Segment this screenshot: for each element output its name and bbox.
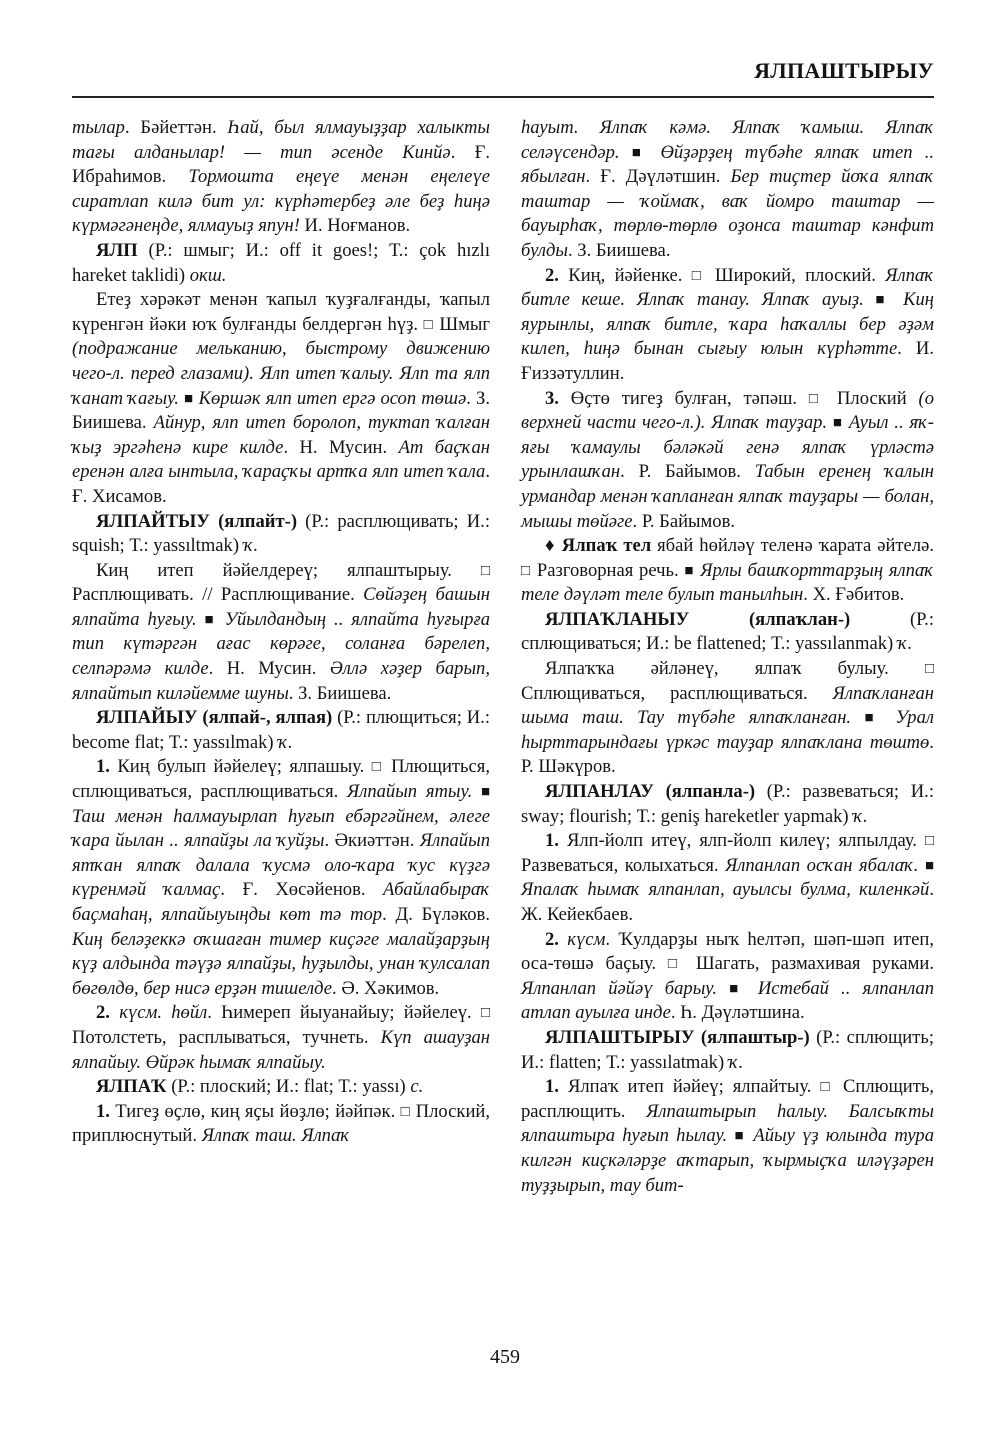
italic-text: ҡ.: [729, 1052, 743, 1073]
bold-text: ЯЛПАЙТЫУ (ялпайт-): [96, 511, 297, 532]
text: ♦: [545, 535, 562, 556]
text: Расплющивать. // Расплющивание.: [72, 584, 363, 605]
italic-text: ҡ.: [278, 732, 292, 753]
text: . Ғ. Дәүләтшин.: [585, 166, 730, 187]
italic-text: күсм. һөйл: [110, 1002, 207, 1023]
italic-text: с.: [410, 1076, 423, 1097]
filled-square-icon: ■: [875, 292, 891, 308]
open-square-icon: □: [424, 317, 434, 333]
open-square-icon: □: [521, 563, 531, 579]
italic-text: Көршәк ялп итеп ергә осоп төшә: [194, 388, 467, 409]
italic-text: Ялпаҡ таш. Ялпаҡ: [202, 1125, 350, 1146]
dictionary-sense: 1. Киң булып йәйелеү; ялпашыу. □ Плющить…: [72, 755, 490, 1001]
text: Шмыг: [434, 314, 490, 335]
filled-square-icon: ■: [734, 1128, 746, 1144]
open-square-icon: □: [481, 1005, 490, 1021]
text: . Р. Байымов.: [633, 511, 735, 532]
running-head: ЯЛПАШТЫРЫУ: [754, 58, 934, 84]
open-square-icon: □: [481, 563, 490, 579]
dictionary-entry-headword: ЯЛП (Р.: шмыг; И.: off it goes!; Т.: çok…: [72, 239, 490, 288]
bold-text: ЯЛПАШТЫРЫУ (ялпаштыр-): [545, 1027, 810, 1048]
text: . Х. Ғәбитов.: [803, 584, 904, 605]
open-square-icon: □: [692, 268, 706, 284]
dictionary-sense: 1. Тигеҙ өҫлө, киң яҫы йөҙлө; йәйпәк. □ …: [72, 1100, 490, 1149]
dictionary-sense: ♦ Ялпаҡ тел ябай һөйләү теленә ҡарата әй…: [521, 534, 934, 608]
bold-text: 1.: [545, 830, 559, 851]
italic-text: Ялпайып ятыу.: [347, 781, 481, 802]
filled-square-icon: ■: [833, 415, 843, 431]
filled-square-icon: ■: [481, 784, 490, 800]
italic-text: Ялпанлап йәйәү барыу.: [521, 978, 729, 999]
text: Ялпаҡ итеп йәйеү; ялпайтыу.: [559, 1076, 821, 1097]
text: . Р. Байымов.: [620, 461, 755, 482]
text: И. Ноғманов.: [300, 215, 410, 236]
text: . Әкиәттән.: [325, 830, 420, 851]
text: Тигеҙ өҫлө, киң яҫы йөҙлө; йәйпәк.: [110, 1101, 401, 1122]
filled-square-icon: ■: [864, 710, 882, 726]
italic-text: Ялпанлап осҡан ябалаҡ.: [725, 855, 925, 876]
bold-text: ЯЛПАҠ: [96, 1076, 167, 1097]
bold-text: 2.: [545, 929, 559, 950]
open-square-icon: □: [401, 1104, 411, 1120]
text: . Һ. Дәүләтшина.: [671, 1002, 805, 1023]
bold-text: 2.: [545, 265, 559, 286]
italic-text: күсм: [559, 929, 605, 950]
continued-text: һауыт. Ялпаҡ кәмә. Ялпаҡ ҡамыш. Ялпаҡ се…: [521, 116, 934, 264]
italic-text: ҡ.: [853, 806, 867, 827]
dictionary-sense: Ялпаҡҡа әйләнеү, ялпаҡ булыу. □ Сплющива…: [521, 657, 934, 780]
italic-text: ҡ.: [898, 633, 912, 654]
open-square-icon: □: [925, 833, 934, 849]
header-rule: [72, 96, 934, 98]
bold-text: 1.: [96, 1101, 110, 1122]
bold-text: Ялпаҡ тел: [562, 535, 651, 556]
text: Потолстеть, расплываться, тучнеть.: [72, 1027, 381, 1048]
bold-text: ЯЛПАҠЛАНЫУ (ялпаҡлан-): [545, 609, 850, 630]
dictionary-sense: 1. Ялпаҡ итеп йәйеү; ялпайтыу. □ Сплющит…: [521, 1075, 934, 1198]
bold-text: 3.: [545, 388, 559, 409]
text: ябай һөйләү теленә ҡарата әйтелә.: [651, 535, 934, 556]
text: . Ғ. Хөсәйенов.: [220, 879, 383, 900]
bold-text: 1.: [96, 756, 110, 777]
open-square-icon: □: [809, 391, 825, 407]
text: . Н. Мусин.: [283, 437, 398, 458]
text: . Н. Мусин.: [209, 658, 330, 679]
dictionary-sense: 1. Ялп-йолп итеү, ялп-йолп килеү; ялпылд…: [521, 829, 934, 927]
text: Киң итеп йәйелдереү; ялпаштырыу.: [96, 560, 481, 581]
text: Киң булып йәйелеү; ялпашыу.: [110, 756, 372, 777]
text: Ялп-йолп итеү, ялп-йолп килеү; ялпылдау.: [559, 830, 925, 851]
text: Плоский: [825, 388, 918, 409]
italic-text: окш.: [190, 265, 227, 286]
text: Киң, йәйенке.: [559, 265, 692, 286]
text: Широкий, плоский.: [706, 265, 886, 286]
text: . Д. Бүләков.: [382, 904, 490, 925]
dictionary-entry-headword: ЯЛПАҠ (Р.: плоский; И.: flat; Т.: yassı)…: [72, 1075, 490, 1100]
dictionary-entry-headword: ЯЛПАҠЛАНЫУ (ялпаҡлан-) (Р.: сплющиваться…: [521, 608, 934, 657]
dictionary-sense: Етеҙ хәрәкәт менән ҡапыл ҡуҙғалғанды, ҡа…: [72, 288, 490, 509]
dictionary-entry-headword: ЯЛПАЙЫУ (ялпай-, ялпая) (Р.: плющиться; …: [72, 706, 490, 755]
text: Сплющиваться, расплющиваться.: [521, 683, 833, 704]
bold-text: 2.: [96, 1002, 110, 1023]
text: . Ә. Хәкимов.: [332, 978, 439, 999]
italic-text: ҡ.: [244, 535, 258, 556]
bold-text: ЯЛПАЙЫУ (ялпай-, ялпая): [96, 707, 332, 728]
continued-text: тылар. Бәйеттән. Һай, был ялмауыҙҙар хал…: [72, 116, 490, 239]
text: Шагать, размахивая руками.: [684, 953, 934, 974]
dictionary-entry-headword: ЯЛПАШТЫРЫУ (ялпаштыр-) (Р.: сплющить; И.…: [521, 1026, 934, 1075]
filled-square-icon: ■: [684, 563, 694, 579]
italic-text: тылар: [72, 117, 125, 138]
dictionary-sense: Киң итеп йәйелдереү; ялпаштырыу. □ Распл…: [72, 559, 490, 707]
text: (Р.: плоский; И.: flat; Т.: yassı): [167, 1076, 411, 1097]
dictionary-sense: 2. Киң, йәйенке. □ Широкий, плоский. Ялп…: [521, 264, 934, 387]
dictionary-entry-headword: ЯЛПАНЛАУ (ялпанла-) (Р.: развеваться; И.…: [521, 780, 934, 829]
filled-square-icon: ■: [184, 391, 194, 407]
open-square-icon: □: [925, 661, 934, 677]
open-square-icon: □: [668, 956, 684, 972]
text: . З. Биишева.: [289, 683, 392, 704]
filled-square-icon: ■: [632, 145, 649, 161]
text: . Бәйеттән.: [125, 117, 227, 138]
bold-text: ЯЛП: [96, 240, 138, 261]
dictionary-entry-headword: ЯЛПАЙТЫУ (ялпайт-) (Р.: расплющивать; И.…: [72, 510, 490, 559]
filled-square-icon: ■: [925, 858, 934, 874]
open-square-icon: □: [820, 1079, 833, 1095]
left-column: тылар. Бәйеттән. Һай, был ялмауыҙҙар хал…: [72, 116, 490, 1149]
italic-text: Япалаҡ һымаҡ ялпанлап, ауылсы булма, кил…: [521, 879, 929, 900]
dictionary-sense: 2. күсм. Ҡулдарҙы ныҡ һелтәп, шәп-шәп ит…: [521, 928, 934, 1026]
filled-square-icon: ■: [205, 612, 217, 628]
bold-text: ЯЛПАНЛАУ (ялпанла-): [545, 781, 755, 802]
filled-square-icon: ■: [729, 981, 746, 997]
dictionary-sense: 3. Өҫтө тигеҙ булған, тәпәш. □ Плоский (…: [521, 387, 934, 535]
open-square-icon: □: [372, 759, 384, 775]
text: Ялпаҡҡа әйләнеү, ялпаҡ булыу.: [545, 658, 925, 679]
text: . З. Биишева.: [568, 240, 671, 261]
text: Өҫтө тигеҙ булған, тәпәш.: [559, 388, 809, 409]
text: . Һимереп йыуанайыу; йәйелеү.: [207, 1002, 481, 1023]
dictionary-sense: 2. күсм. һөйл. Һимереп йыуанайыу; йәйеле…: [72, 1001, 490, 1075]
text: Разговорная речь.: [531, 560, 684, 581]
text: Развеваться, колыхаться.: [521, 855, 725, 876]
bold-text: 1.: [545, 1076, 559, 1097]
page-number: 459: [490, 1346, 520, 1369]
right-column: һауыт. Ялпаҡ кәмә. Ялпаҡ ҡамыш. Ялпаҡ се…: [521, 116, 934, 1198]
